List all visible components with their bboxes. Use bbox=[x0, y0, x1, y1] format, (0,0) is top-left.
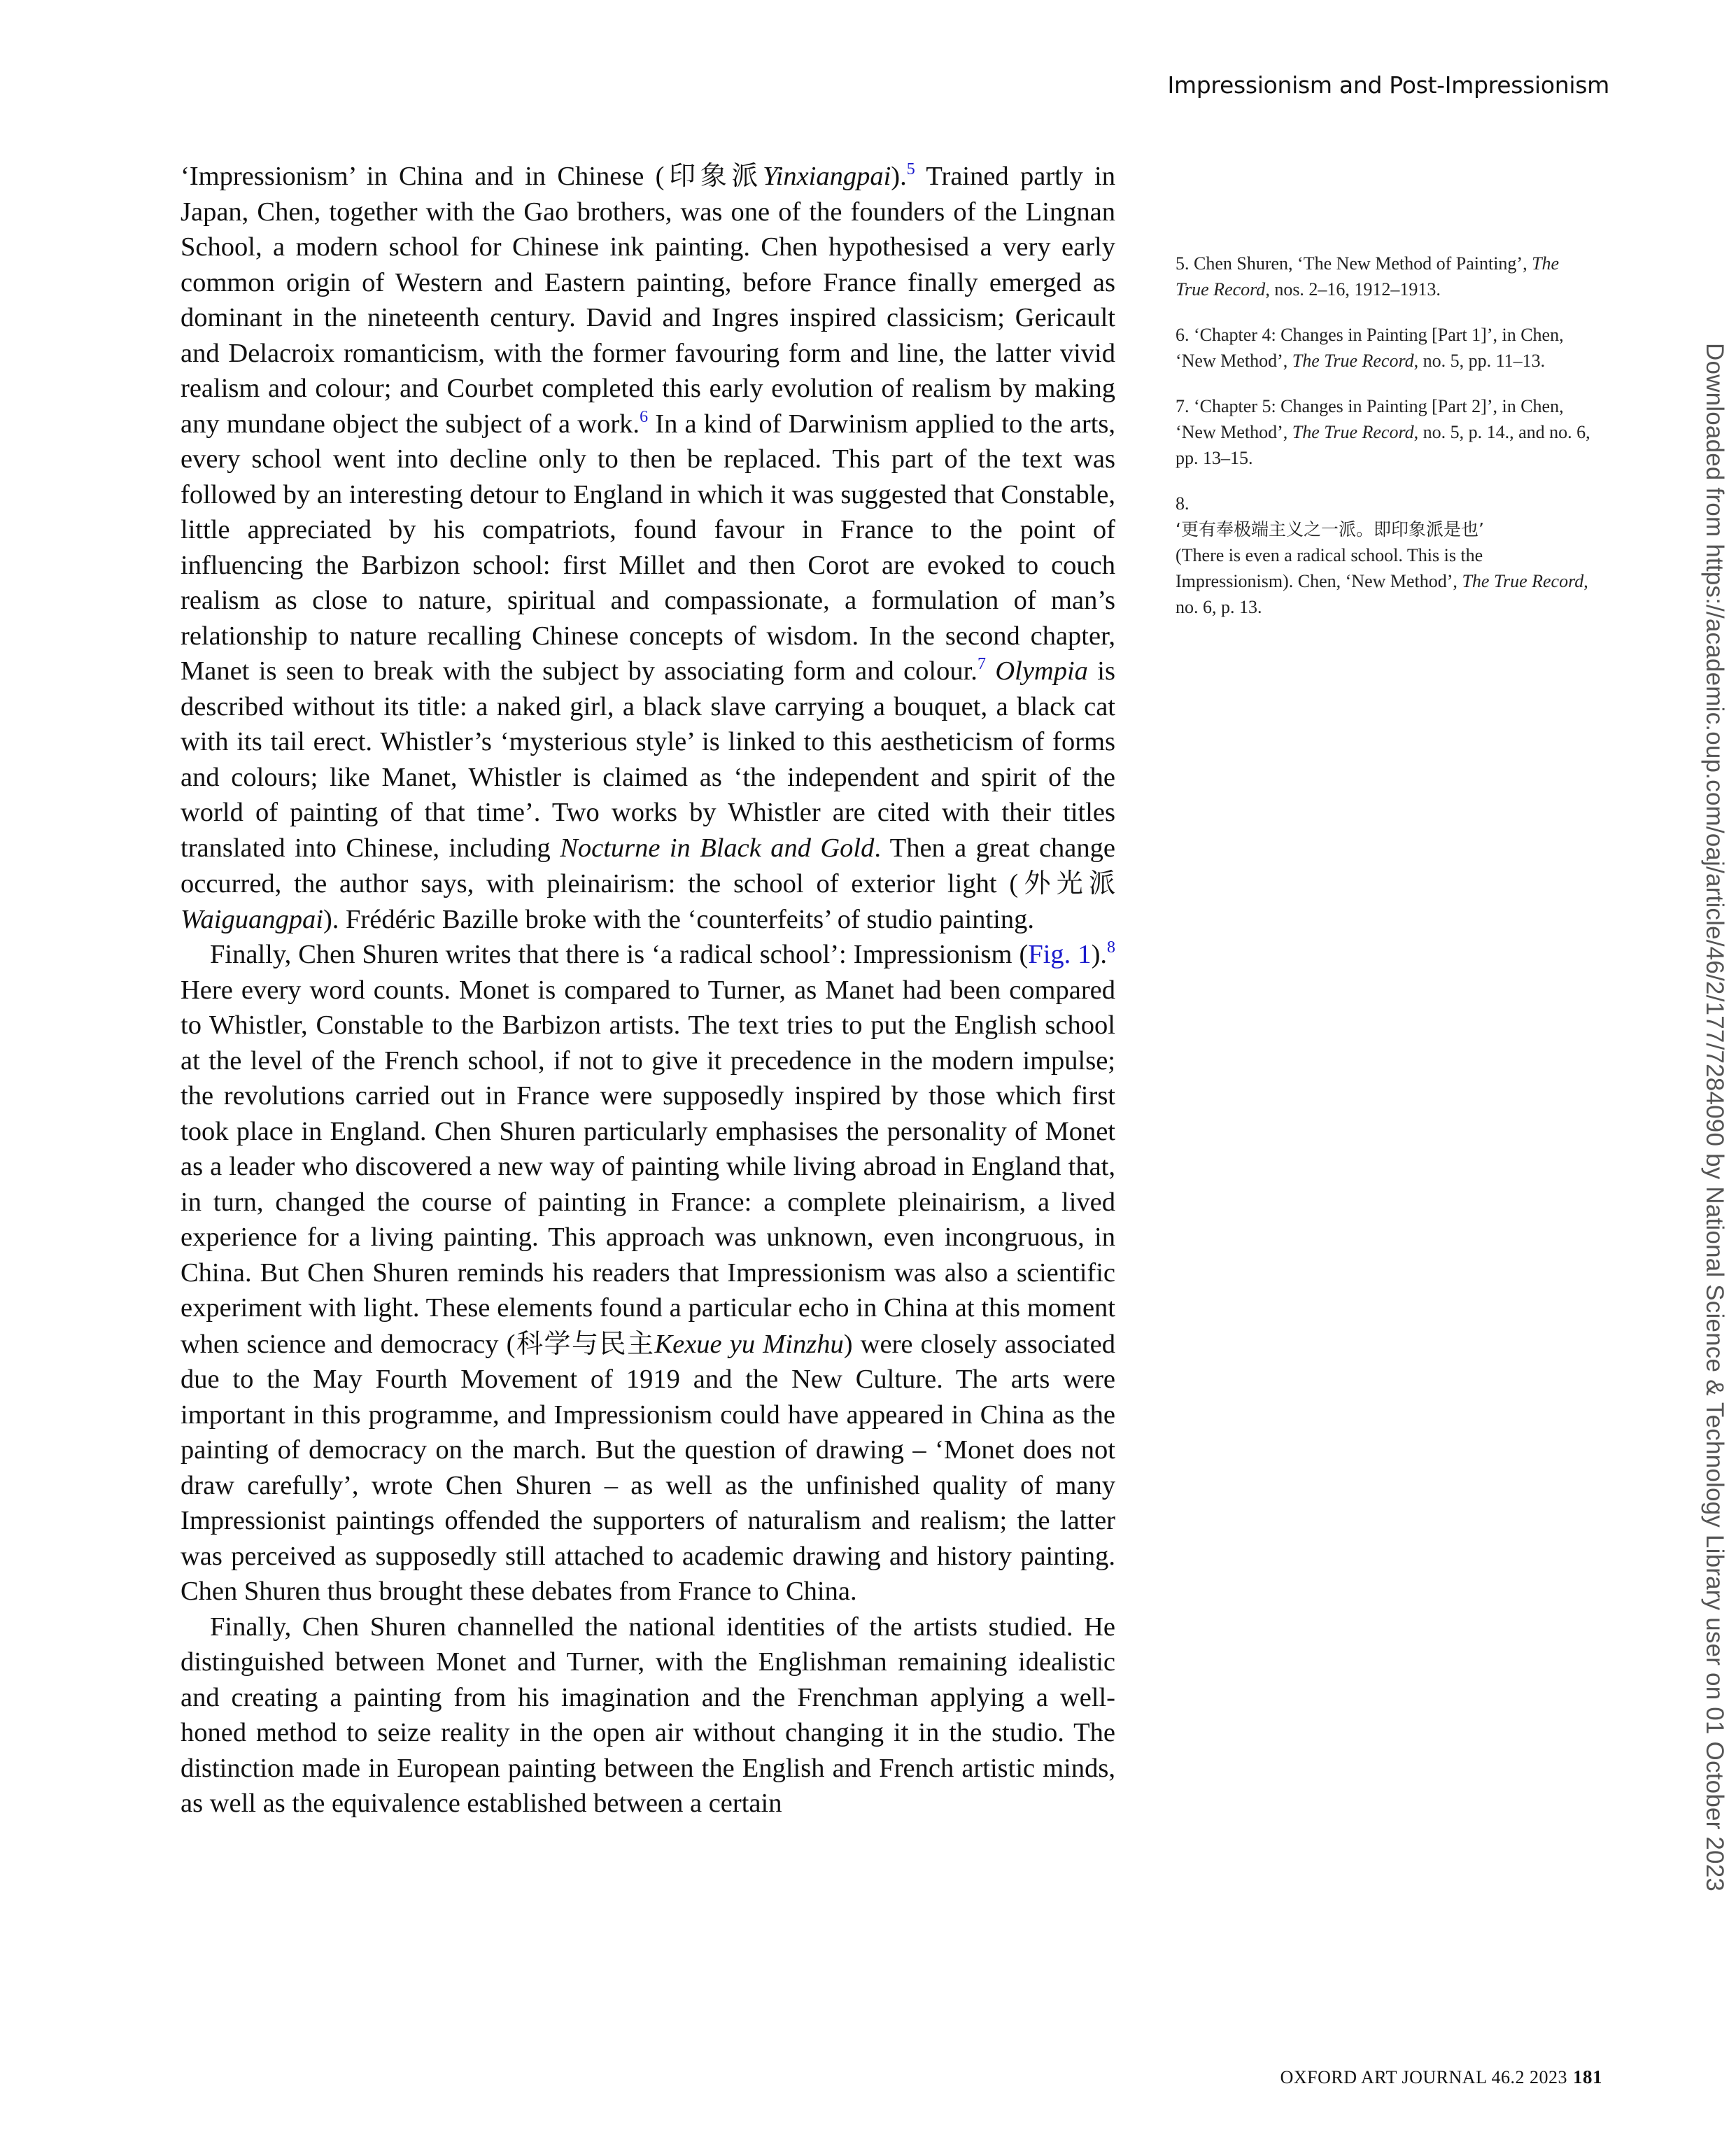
download-watermark: Downloaded from https://academic.oup.com… bbox=[1693, 343, 1728, 1805]
running-head: Impressionism and Post-Impressionism bbox=[1162, 71, 1609, 99]
sidenotes: 5. Chen Shuren, ‘The New Method of Paint… bbox=[1176, 251, 1595, 640]
footnote-ref-6[interactable]: 6 bbox=[640, 408, 648, 426]
chinese-term: 科学与民主 bbox=[515, 1328, 654, 1359]
pinyin-term: Waiguangpai bbox=[181, 905, 323, 934]
sidenote-5: 5. Chen Shuren, ‘The New Method of Paint… bbox=[1176, 251, 1595, 302]
sidenote-6: 6. ‘Chapter 4: Changes in Painting [Part… bbox=[1176, 322, 1595, 374]
footnote-ref-8[interactable]: 8 bbox=[1107, 938, 1115, 957]
footnote-ref-5[interactable]: 5 bbox=[907, 160, 915, 178]
paragraph-2: Finally, Chen Shuren writes that there i… bbox=[181, 937, 1115, 1609]
paragraph-3: Finally, Chen Shuren channelled the nati… bbox=[181, 1609, 1115, 1822]
paragraph-1: ‘Impressionism’ in China and in Chinese … bbox=[181, 158, 1115, 937]
pinyin-term: Yinxiangpai bbox=[763, 162, 891, 191]
sidenote-7: 7. ‘Chapter 5: Changes in Painting [Part… bbox=[1176, 393, 1595, 471]
page-number: 181 bbox=[1573, 2066, 1602, 2087]
artwork-title: Olympia bbox=[995, 656, 1088, 686]
pinyin-term: Kexue yu Minzhu bbox=[654, 1330, 843, 1359]
chinese-term: 印象派 bbox=[664, 160, 763, 191]
chinese-quote: ‘更有奉极端主义之一派。即印象派是也’ bbox=[1176, 519, 1484, 540]
artwork-title: Nocturne in Black and Gold bbox=[560, 833, 874, 863]
footnote-ref-7[interactable]: 7 bbox=[978, 655, 986, 673]
journal-citation: OXFORD ART JOURNAL 46.2 2023 bbox=[1280, 2067, 1567, 2087]
chinese-term: 外光派 bbox=[1018, 868, 1115, 899]
figure-link[interactable]: Fig. 1 bbox=[1028, 940, 1091, 969]
article-body: ‘Impressionism’ in China and in Chinese … bbox=[181, 158, 1115, 1822]
page-footer: OXFORD ART JOURNAL 46.2 2023181 bbox=[1190, 2066, 1602, 2088]
sidenote-8: 8.‘更有奉极端主义之一派。即印象派是也’(There is even a ra… bbox=[1176, 491, 1595, 620]
